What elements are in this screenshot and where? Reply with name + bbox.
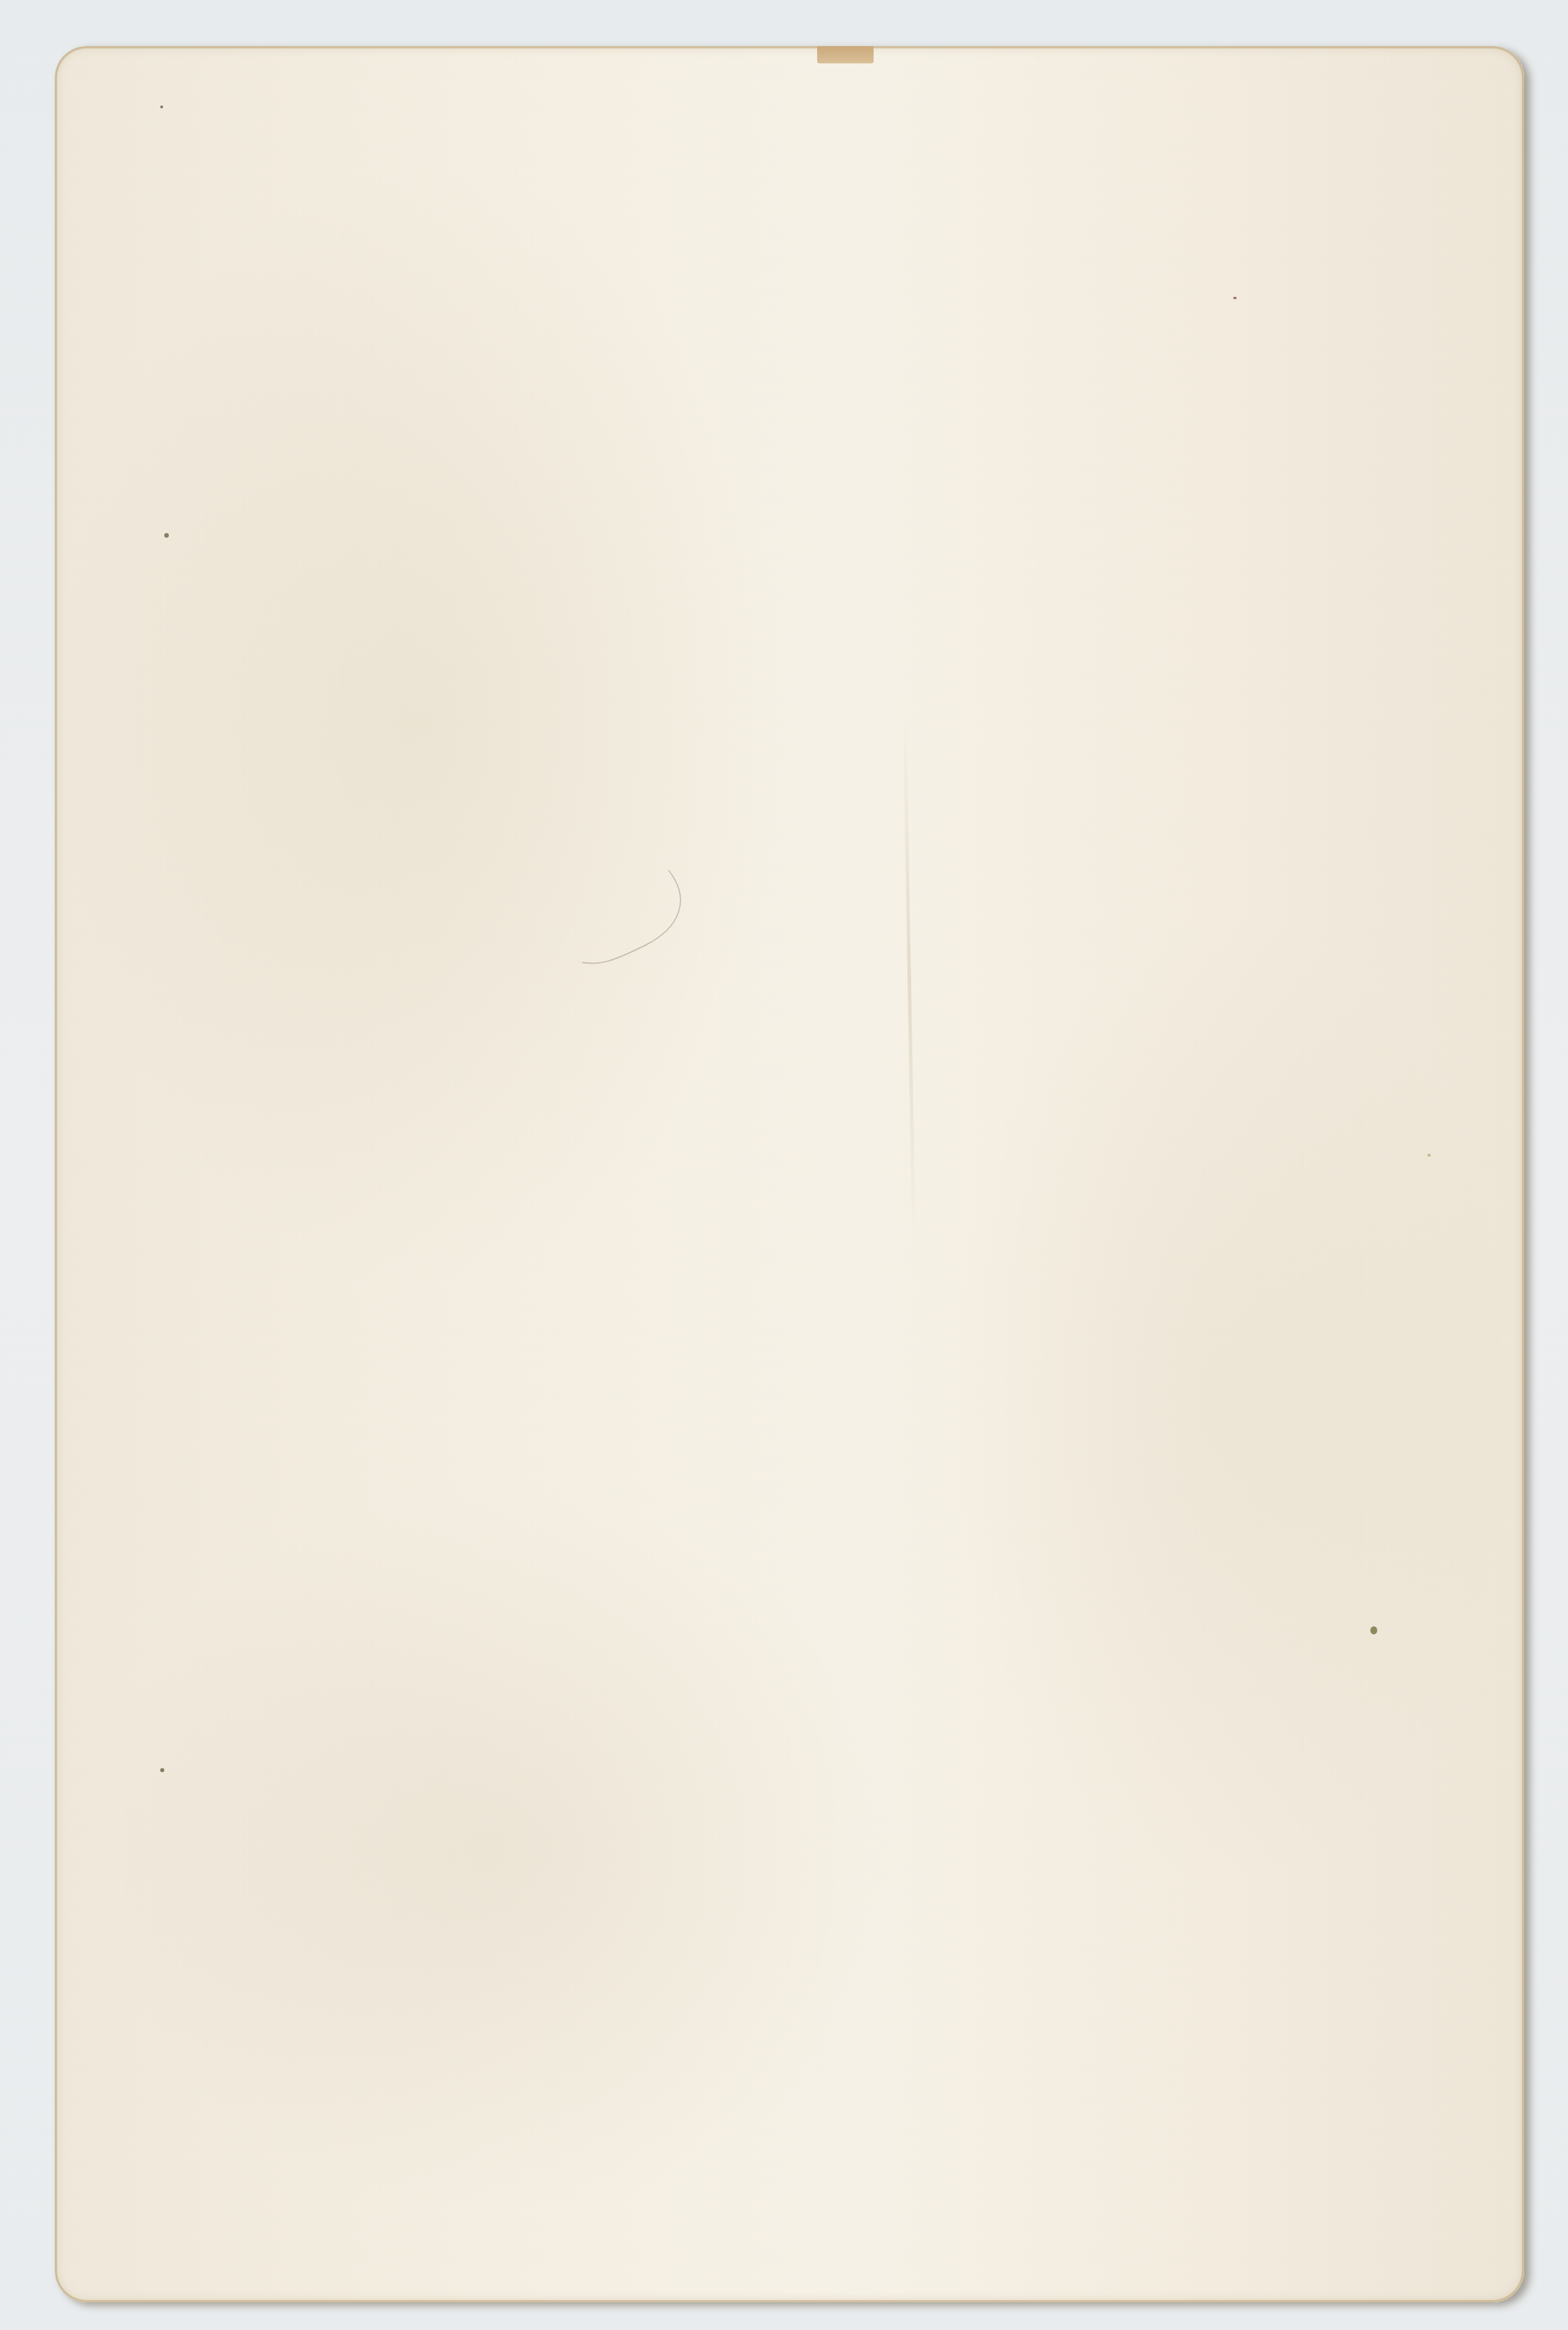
chipped-edge xyxy=(817,46,874,63)
foxing-speck xyxy=(160,1768,164,1772)
pencil-curve xyxy=(576,864,749,980)
foxing-speck xyxy=(164,533,169,538)
foxing-speck xyxy=(1427,1154,1431,1157)
card-back xyxy=(55,46,1524,2302)
foxing-speck xyxy=(160,105,163,108)
foxing-speck xyxy=(1233,297,1237,299)
foxing-speck xyxy=(1370,1626,1377,1634)
